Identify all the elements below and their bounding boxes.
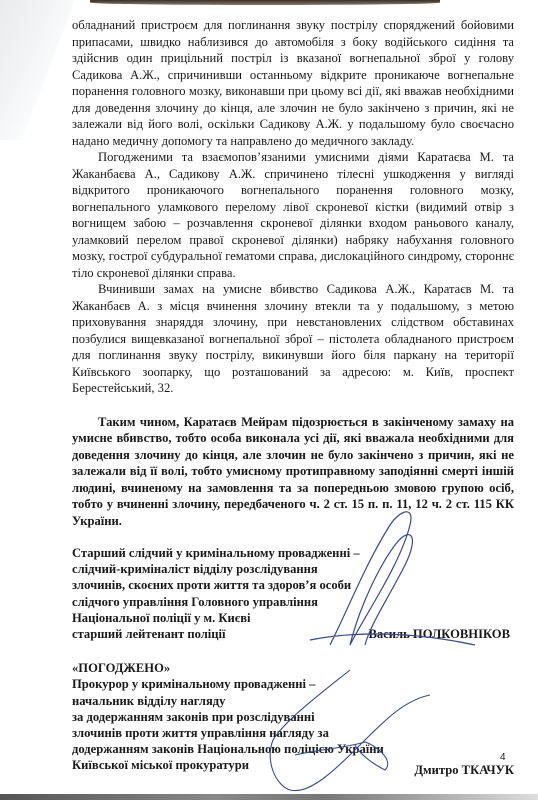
investigator-title-line: злочинів, скоєних проти життя та здоров’… <box>72 577 514 593</box>
investigator-title-line: Старший слідчий у кримінальному провадже… <box>72 545 514 561</box>
prosecutor-title-line: додержанням законів Національною поліціє… <box>72 741 514 757</box>
prosecutor-title-line: за додержанням законів при розслідуванні <box>72 709 514 725</box>
scan-page-fold <box>0 0 75 140</box>
investigator-signature-block: Старший слідчий у кримінальному провадже… <box>72 545 514 642</box>
paragraph-conclusion: Таким чином, Каратаєв Мейрам підозрюєтьс… <box>72 414 514 530</box>
scan-bottom-edge <box>0 794 538 800</box>
paragraph-shooting: обладнаний пристроєм для поглинання звук… <box>72 17 514 149</box>
investigator-name: Василь ПОЛКОВНІКОВ <box>369 626 511 642</box>
investigator-title-line: слідчого управління Головного управління <box>72 594 514 610</box>
prosecutor-title-line: злочинів проти життя управління нагляду … <box>72 725 514 741</box>
paragraph-injuries: Погодженими та взаємопов’язаними умисним… <box>72 149 514 281</box>
investigator-title-line: Національної поліції у м. Києві <box>72 610 514 626</box>
paragraph-weapon-disposal: Вчинивши замах на умисне вбивство Садико… <box>72 281 514 397</box>
document-page: обладнаний пристроєм для поглинання звук… <box>72 17 514 774</box>
prosecutor-name: Дмитро ТКАЧУК <box>414 762 514 778</box>
prosecutor-title-line: начальник відділу нагляду <box>72 693 514 709</box>
approval-heading: «ПОГОДЖЕНО» <box>72 660 514 676</box>
prosecutor-title-line: Прокурор у кримінальному провадженні – <box>72 676 514 692</box>
prosecutor-approval-block: «ПОГОДЖЕНО» Прокурор у кримінальному про… <box>72 660 514 773</box>
scan-top-edge <box>90 0 440 5</box>
investigator-title-line: слідчий-криміналіст відділу розслідуванн… <box>72 561 514 577</box>
page-number: 4 <box>500 752 506 763</box>
